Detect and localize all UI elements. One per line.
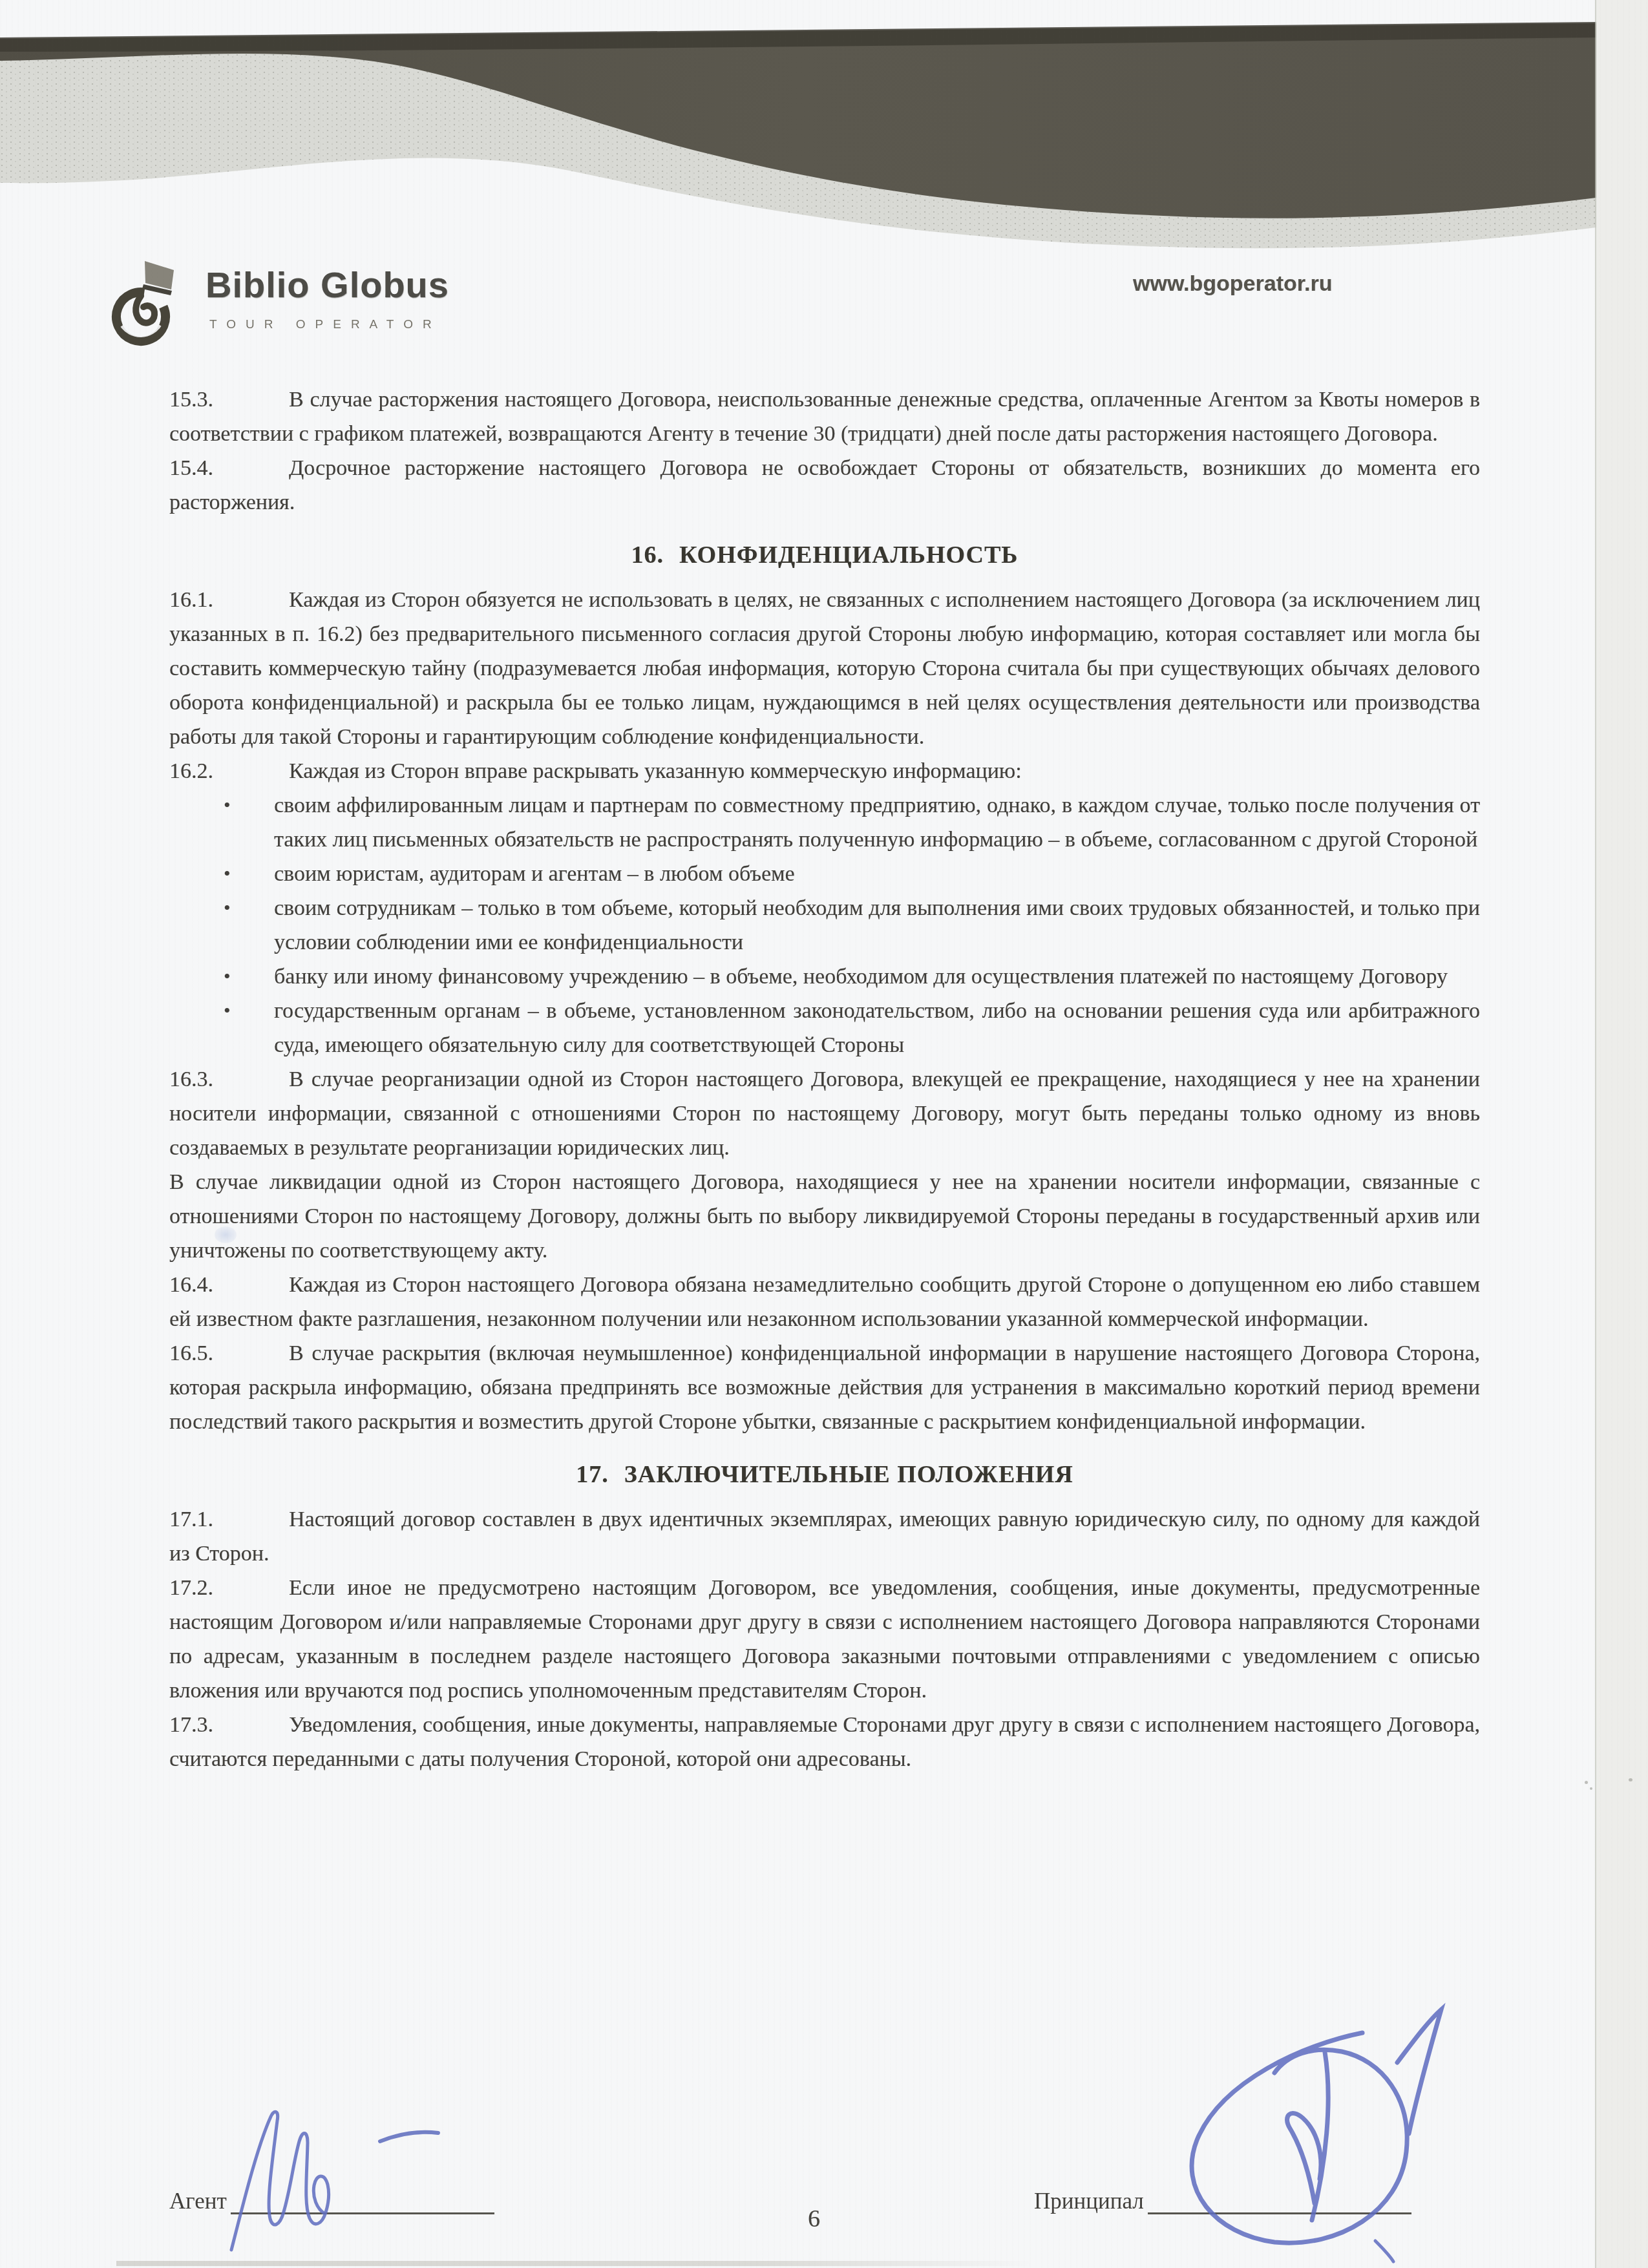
bullet-item: •своим аффилированным лицам и партнерам …: [169, 788, 1480, 857]
scanned-contract-page: Biblio Globus TOUR OPERATOR www.bgoperat…: [0, 0, 1648, 2268]
section-number: 17.: [576, 1461, 609, 1488]
clause-number: 17.2.: [169, 1571, 289, 1605]
clause-number: 16.3.: [169, 1062, 289, 1097]
bullet-marker: •: [224, 994, 274, 1062]
ink-smudge-artifact: [215, 1226, 237, 1243]
bullet-text: своим аффилированным лицам и партнерам п…: [274, 788, 1480, 857]
bullet-marker: •: [224, 960, 274, 994]
header-wave-banner: [0, 0, 1596, 258]
bullet-item: •своим сотрудникам – только в том объеме…: [169, 891, 1480, 960]
bullet-text: банку или иному финансовому учреждению –…: [274, 960, 1480, 994]
clause-number: 16.5.: [169, 1336, 289, 1370]
section-title: КОНФИДЕНЦИАЛЬНОСТЬ: [679, 541, 1018, 569]
clause-number: 16.4.: [169, 1268, 289, 1302]
document-body: 15.3.В случае расторжения настоящего Дог…: [169, 383, 1480, 1776]
page-number: 6: [808, 2205, 820, 2233]
clause-number: 17.1.: [169, 1502, 289, 1537]
bullet-item: •своим юристам, аудиторам и агентам – в …: [169, 857, 1480, 891]
clause-paragraph: 16.4.Каждая из Сторон настоящего Договор…: [169, 1268, 1480, 1336]
scan-bottom-shadow: [116, 2261, 1034, 2266]
principal-signature-block: Принципал: [1034, 2185, 1411, 2214]
bullet-item: •банку или иному финансовому учреждению …: [169, 960, 1480, 994]
bullet-marker: •: [224, 857, 274, 891]
clause-paragraph: 16.3.В случае реорганизации одной из Сто…: [169, 1062, 1480, 1165]
logo-title: Biblio Globus: [206, 264, 449, 306]
scan-speck: [1590, 1787, 1592, 1790]
section-heading: 16.КОНФИДЕНЦИАЛЬНОСТЬ: [169, 536, 1480, 574]
scan-speck: [1629, 1778, 1632, 1781]
principal-signature-line: [1148, 2185, 1411, 2214]
logo-subtitle: TOUR OPERATOR: [209, 318, 441, 332]
bullet-marker: •: [224, 891, 274, 960]
plain-paragraph: В случае ликвидации одной из Сторон наст…: [169, 1165, 1480, 1268]
logo-swirl: [136, 296, 154, 323]
logo-mark: [111, 257, 185, 351]
logo-sail: [145, 261, 174, 289]
bullet-text: своим сотрудникам – только в том объеме,…: [274, 891, 1480, 960]
clause-number: 15.3.: [169, 383, 289, 417]
bullet-marker: •: [224, 788, 274, 857]
agent-handwritten-signature: [194, 2087, 491, 2262]
clause-paragraph: 15.4.Досрочное расторжение настоящего До…: [169, 451, 1480, 520]
scan-speck: [1585, 1781, 1588, 1784]
principal-label: Принципал: [1034, 2189, 1144, 2214]
clause-number: 15.4.: [169, 451, 289, 485]
section-title: ЗАКЛЮЧИТЕЛЬНЫЕ ПОЛОЖЕНИЯ: [624, 1461, 1073, 1488]
section-number: 16.: [631, 541, 664, 569]
clause-paragraph: 17.1.Настоящий договор составлен в двух …: [169, 1502, 1480, 1571]
bullet-text: государственным органам – в объеме, уста…: [274, 994, 1480, 1062]
clause-number: 16.1.: [169, 583, 289, 617]
clause-number: 16.2.: [169, 754, 289, 788]
agent-signature-block: Агент: [169, 2185, 494, 2214]
clause-number: 17.3.: [169, 1708, 289, 1742]
scan-edge-line: [1595, 0, 1596, 2268]
section-heading: 17.ЗАКЛЮЧИТЕЛЬНЫЕ ПОЛОЖЕНИЯ: [169, 1455, 1480, 1494]
clause-paragraph: 16.2.Каждая из Сторон вправе раскрывать …: [169, 754, 1480, 788]
agent-label: Агент: [169, 2189, 227, 2214]
bullet-item: •государственным органам – в объеме, уст…: [169, 994, 1480, 1062]
clause-paragraph: 15.3.В случае расторжения настоящего Дог…: [169, 383, 1480, 451]
clause-paragraph: 17.2.Если иное не предусмотрено настоящи…: [169, 1571, 1480, 1708]
clause-paragraph: 16.5.В случае раскрытия (включая неумышл…: [169, 1336, 1480, 1439]
clause-paragraph: 16.1.Каждая из Сторон обязуется не испол…: [169, 583, 1480, 754]
site-url: www.bgoperator.ru: [1133, 271, 1333, 297]
principal-handwritten-signature: [1099, 1990, 1474, 2268]
agent-signature-line: [231, 2185, 494, 2214]
clause-paragraph: 17.3.Уведомления, сообщения, иные докуме…: [169, 1708, 1480, 1776]
bullet-text: своим юристам, аудиторам и агентам – в л…: [274, 857, 1480, 891]
scan-margin-strip: [1596, 0, 1648, 2268]
